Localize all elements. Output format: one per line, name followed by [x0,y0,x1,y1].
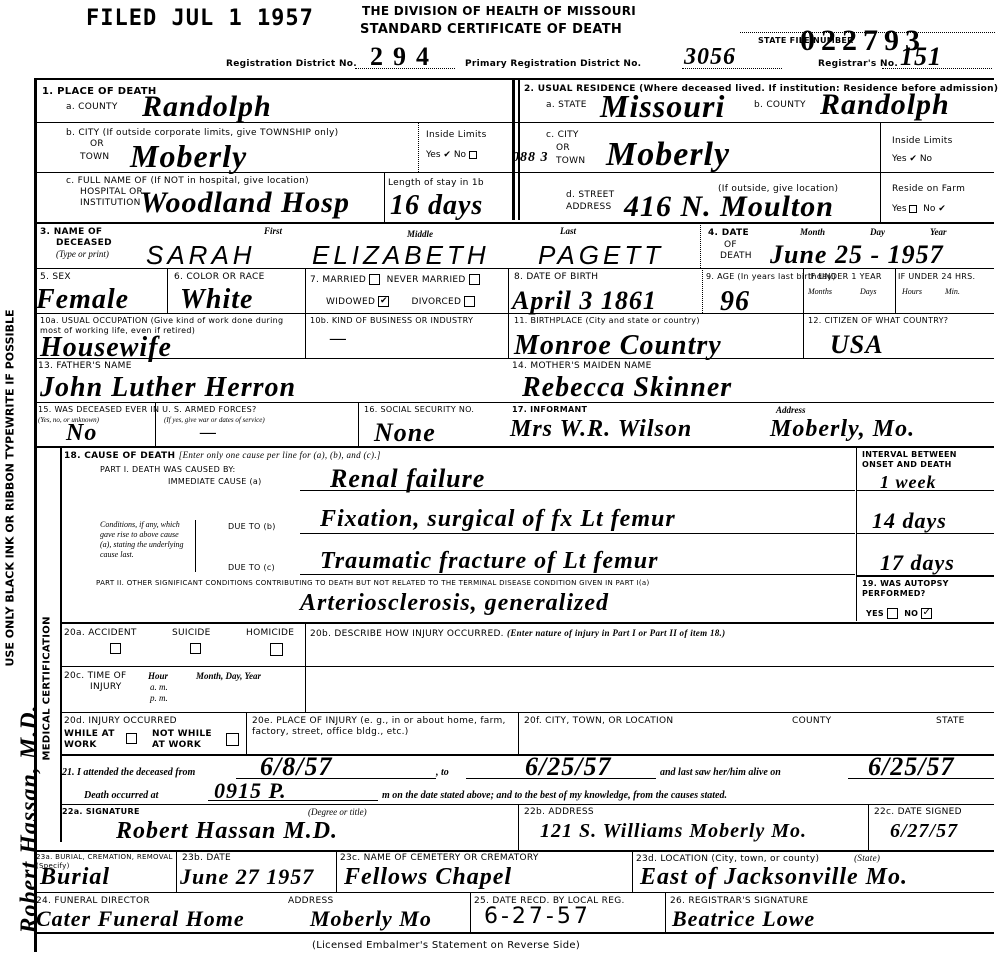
res-inside-no[interactable]: No [920,154,932,164]
res-inside-yes[interactable]: Yes [892,154,907,164]
city-town: TOWN [80,152,109,162]
name-label: 3. NAME OF [40,227,102,237]
autopsy-no-checkbox[interactable]: ✓ [921,608,932,619]
under1-days: Days [860,287,876,296]
bracket-icon [190,520,196,572]
checkbox-icon[interactable] [909,205,917,213]
business-value[interactable]: — [330,330,347,348]
inside-limits-label: Inside Limits [426,130,487,140]
divorced-option: DIVORCED [412,297,462,307]
physician-signature[interactable]: Robert Hassan M.D. [116,818,338,845]
never-married-option: NEVER MARRIED [387,275,466,285]
birthplace-value[interactable]: Monroe Country [514,330,722,362]
autopsy-yes-checkbox[interactable] [887,608,898,619]
due-to-b-value[interactable]: Fixation, surgical of fx Lt femur [320,506,676,533]
married-option: 7. MARRIED [310,275,366,285]
divorced-checkbox[interactable] [464,296,475,307]
autopsy-yes-label: YES [866,609,884,618]
burial-date-label: 23b. DATE [182,853,231,863]
under24-label: IF UNDER 24 HRS. [898,272,975,281]
last-saw-label: and last saw her/him alive on [660,767,781,778]
res-city-value[interactable]: Moberly [606,136,730,174]
suicide-checkbox[interactable] [190,643,201,654]
informant-value[interactable]: Mrs W.R. Wilson [510,416,692,443]
first-label: First [264,226,282,236]
margin-instruction: USE ONLY BLACK INK OR RIBBON TYPEWRITE I… [4,327,17,667]
attended-to-value[interactable]: 6/25/57 [525,752,611,782]
cemetery-label: 23c. NAME OF CEMETERY OR CREMATORY [340,853,539,863]
mdy-label: Month, Day, Year [196,671,261,681]
county-label: a. COUNTY [66,102,118,112]
dob-value[interactable]: April 3 1861 [512,286,657,316]
married-checkbox[interactable] [369,274,380,285]
citizen-value[interactable]: USA [830,330,884,360]
armed-label: 15. WAS DECEASED EVER IN U. S. ARMED FOR… [38,405,257,414]
filed-stamp: FILED JUL 1 1957 [86,6,314,31]
city-or: OR [90,139,104,149]
due-to-c-label: DUE TO (c) [228,563,275,572]
death-occurred-rest: m on the date stated above; and to the b… [382,790,727,801]
attended-label: 21. I attended the deceased from [62,767,195,778]
director-address-label: ADDRESS [288,896,333,906]
describe-note: (Enter nature of injury in Part I or Par… [507,628,725,638]
interval-b-value[interactable]: 14 days [872,508,947,534]
director-value[interactable]: Cater Funeral Home [36,906,245,932]
res-county-label: b. COUNTY [754,100,806,110]
middle-name-value[interactable]: ELIZABETH [312,240,490,271]
death-city-value[interactable]: Moberly [130,138,247,175]
under1-label: IF UNDER 1 YEAR [808,272,882,281]
director-label: 24. FUNERAL DIRECTOR [36,896,150,906]
suicide-label: SUICIDE [172,628,211,638]
checkmark-icon: ✔ [909,154,917,164]
never-married-checkbox[interactable] [469,274,480,285]
while-work-checkbox[interactable] [126,733,137,744]
title-line2: STANDARD CERTIFICATE OF DEATH [360,22,622,37]
armed-service-value[interactable]: — [200,424,217,442]
autopsy-no-label: NO [904,609,918,618]
res-city-town: TOWN [556,156,585,166]
informant-label: 17. INFORMANT [512,405,587,414]
mother-value[interactable]: Rebecca Skinner [522,372,732,404]
city-label: b. CITY (If outside corporate limits, gi… [66,128,338,138]
director-address-value[interactable]: Moberly Mo [310,906,432,932]
length-stay-label: Length of stay in 1b [388,178,484,188]
res-farm-label: Reside on Farm [892,184,965,194]
sex-value[interactable]: Female [36,284,129,316]
burial-date-value[interactable]: June 27 1957 [180,864,314,890]
widowed-checkbox[interactable]: ✔ [378,296,389,307]
name-label2: DECEASED [56,238,112,248]
citizen-label: 12. CITIZEN OF WHAT COUNTRY? [808,316,948,325]
business-label: 10b. KIND OF BUSINESS OR INDUSTRY [310,316,473,325]
last-saw-value[interactable]: 6/25/57 [868,752,954,782]
describe-label: 20b. DESCRIBE HOW INJURY OCCURRED. [310,629,504,639]
homicide-checkbox[interactable] [270,643,283,656]
am-label: a. m. [150,682,168,692]
father-value[interactable]: John Luther Herron [40,372,296,404]
ssn-value[interactable]: None [374,418,436,448]
inside-limits-yes[interactable]: Yes [426,150,441,160]
informant-address-value[interactable]: Moberly, Mo. [770,416,915,443]
armed-value[interactable]: No [66,420,97,447]
hospital-value[interactable]: Woodland Hosp [140,186,350,220]
conditions-note: Conditions, if any, which gave rise to a… [100,520,188,560]
race-label: 6. COLOR OR RACE [174,272,265,282]
registrars-no-value[interactable]: 151 [900,42,942,72]
res-county-value[interactable]: Randolph [820,88,950,122]
res-state-value[interactable]: Missouri [600,88,725,125]
registration-district-label: Registration District No. [226,59,357,69]
armed-sub2: (If yes, give war or dates of service) [164,416,265,424]
pm-label: p. m. [150,693,168,703]
not-while-work-checkbox[interactable] [226,733,239,746]
checkbox-icon[interactable] [469,151,477,159]
part2-label: PART II. OTHER SIGNIFICANT CONDITIONS CO… [96,579,649,587]
res-farm-no[interactable]: No [923,204,935,214]
location-label: 23d. LOCATION (City, town, or county) [636,854,819,864]
time-label: 20c. TIME OF [64,671,126,681]
mother-label: 14. MOTHER'S MAIDEN NAME [512,361,652,371]
month-label: Month [800,227,825,237]
part1-label: PART I. DEATH WAS CAUSED BY: [100,465,235,474]
location-value[interactable]: East of Jacksonville Mo. [640,864,908,891]
married-label: 7. MARRIED NEVER MARRIED [310,274,480,285]
date-of-death-value[interactable]: June 25 - 1957 [770,240,944,270]
due-to-b-label: DUE TO (b) [228,522,276,531]
hospital-label: c. FULL NAME OF (If NOT in hospital, giv… [66,176,309,186]
occupation-value[interactable]: Housewife [40,332,172,364]
res-city-label: c. CITY [546,130,579,140]
res-street-value[interactable]: 416 N. Moulton [624,190,834,224]
res-state-label: a. STATE [546,100,587,110]
date-signed-label: 22c. DATE SIGNED [874,807,962,817]
first-name-value[interactable]: SARAH [146,240,256,271]
inside-limits-no[interactable]: No [454,150,466,160]
place-of-death-label: 1. PLACE OF DEATH [42,86,157,97]
day-label: Day [870,227,885,237]
last-name-value[interactable]: PAGETT [538,240,664,271]
due-to-c-value[interactable]: Traumatic fracture of Lt femur [320,548,658,575]
under24-hours: Hours [902,287,922,296]
middle-label: Middle [407,229,433,239]
res-inside-limits-label: Inside Limits [892,136,953,146]
sex-label: 5. SEX [40,272,71,282]
res-street-label2: ADDRESS [566,202,611,212]
footer-note: (Licensed Embalmer's Statement on Revers… [312,940,580,951]
registration-district-value[interactable]: 294 [370,42,439,72]
date-signed-value[interactable]: 6/27/57 [890,820,958,843]
burial-value[interactable]: Burial [40,864,110,891]
hospital-label3: INSTITUTION [80,198,141,208]
primary-registration-value[interactable]: 3056 [684,44,736,71]
father-label: 13. FATHER'S NAME [38,361,132,371]
checkmark-icon: ✔ [938,204,946,214]
injury-county-label: COUNTY [792,716,831,726]
injury-city-label: 20f. CITY, TOWN, OR LOCATION [524,716,673,726]
immediate-label: IMMEDIATE CAUSE (a) [168,477,262,486]
title-line1: THE DIVISION OF HEALTH OF MISSOURI [362,4,636,18]
date-recd-value[interactable]: 6-27-57 [484,904,591,929]
date-death-label3: DEATH [720,251,752,261]
injury-state-label: STATE [936,716,965,726]
interval-label: INTERVAL BETWEEN ONSET AND DEATH [862,450,982,470]
date-death-label2: OF [724,240,737,250]
accident-label: 20a. ACCIDENT [64,628,137,638]
checkmark-icon: ✔ [443,150,451,160]
date-death-label: 4. DATE [708,228,749,238]
under1-months: Months [808,287,832,296]
death-occurred-label: Death occurred at [84,790,158,801]
birthplace-label: 11. BIRTHPLACE (City and state or countr… [514,316,700,325]
degree-label: (Degree or title) [308,807,367,817]
autopsy-label: 19. WAS AUTOPSY PERFORMED? [862,579,952,599]
registrar-label: 26. REGISTRAR'S SIGNATURE [670,896,808,906]
cause-instruction: [Enter only one cause per line for (a), … [179,450,381,460]
to-label: , to [436,767,449,778]
primary-registration-label: Primary Registration District No. [465,59,641,69]
signature-label: 22a. SIGNATURE [62,807,140,816]
year-label: Year [930,227,947,237]
informant-address-label: Address [776,405,806,415]
burial-state-label: (State) [854,853,880,863]
hospital-label2: HOSPITAL OR [80,187,143,197]
part2-value[interactable]: Arteriosclerosis, generalized [300,590,609,617]
name-label3: (Type or print) [56,249,109,259]
race-value[interactable]: White [180,284,253,316]
medical-certification-label: MEDICAL CERTIFICATION [42,611,53,761]
while-work-label: WHILE AT WORK [64,729,124,751]
dob-label: 8. DATE OF BIRTH [514,272,598,282]
age-value[interactable]: 96 [720,286,750,318]
not-while-work-label: NOT WHILE AT WORK [152,729,222,751]
death-occurred-value[interactable]: 0915 P. [214,778,287,804]
ssn-label: 16. SOCIAL SECURITY NO. [364,405,474,414]
res-street-label: d. STREET [566,190,614,200]
res-city-code: 088 3 [512,150,549,166]
registrar-signature[interactable]: Beatrice Lowe [672,906,815,932]
hour-label: Hour [148,671,168,681]
accident-checkbox[interactable] [110,643,121,654]
cemetery-value[interactable]: Fellows Chapel [344,864,512,891]
res-farm-yes[interactable]: Yes [892,204,907,214]
res-city-or: OR [556,143,570,153]
physician-address-label: 22b. ADDRESS [524,807,594,817]
last-label: Last [560,226,576,236]
length-stay-value[interactable]: 16 days [390,190,483,222]
death-county-value[interactable]: Randolph [142,90,272,124]
homicide-label: HOMICIDE [246,628,294,638]
occurred-label: 20d. INJURY OCCURRED [64,716,177,726]
physician-address-value[interactable]: 121 S. Williams Moberly Mo. [540,820,807,843]
place-label: 20e. PLACE OF INJURY (e. g., in or about… [252,716,512,738]
cause-of-death-label: 18. CAUSE OF DEATH [64,451,175,461]
widowed-option: WIDOWED [326,297,375,307]
under24-min: Min. [945,287,960,296]
interval-c-value[interactable]: 17 days [880,550,955,576]
time-label2: INJURY [90,682,122,692]
